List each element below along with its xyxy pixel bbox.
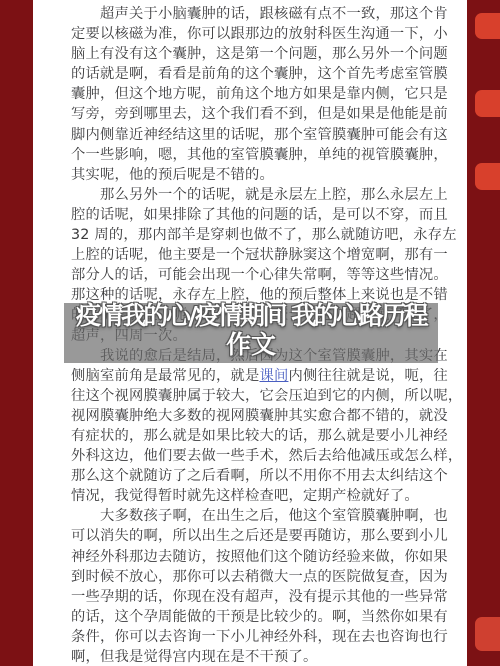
text-line: 囊肿，但这个地方呢，前角这个地方如果是靠内侧，它只是	[71, 84, 443, 104]
text-line: 一些孕期的话，你现在没有超声，没有提示其他的一些异常	[71, 587, 443, 607]
text-line: 其实呢，他的预后呢是不错的。	[71, 165, 443, 185]
text-line: 超声关于小脑囊肿的话，跟核磁有点不一致，那这个肯	[71, 4, 443, 24]
left-edge-bar	[0, 0, 33, 666]
text-line: 大多数孩子啊，在出生之后，他这个室管膜囊肿啊，也	[71, 506, 443, 526]
text-line: 神经外科那边去随访，按照他们这个随访经验来做，你如果	[71, 547, 443, 567]
text-line: 侧脑室前角是最常见的，就是课间内侧往往就是说，呃，往	[71, 366, 443, 386]
overlay-title: 疫情我的心/疫情期间 我的心路历程 作文	[58, 300, 444, 359]
text-line: 的话，这个孕周能做的干预是比较少的。啊，当然你如果有	[71, 607, 443, 627]
text-line: 脚内侧靠近神经结这里的话呢，那个室管膜囊肿可能会有这	[71, 125, 443, 145]
floating-tab-1[interactable]	[475, 13, 500, 39]
text-line: 的话就是啊，看看是前角的这个囊肿，这个首先考虑室管膜	[71, 64, 443, 84]
text-line: 那么另外一个的话呢，就是永层左上腔，那么永层左上	[71, 185, 443, 205]
text-line: 条件，你可以去咨询一下小儿神经外科，现在去也咨询也行	[71, 627, 443, 647]
text-line: 往这个视网膜囊肿属于较大，它会压迫到它的内侧，所以呢，	[71, 386, 443, 406]
text-line: 部分人的话，可能会出现一个心律失常啊，等等这些情况。	[71, 265, 443, 285]
overlay-title-line1: 疫情我的心/疫情期间 我的心路历程	[58, 300, 444, 331]
page: 超声关于小脑囊肿的话，跟核磁有点不一致，那这个肯定要以核磁为准，你可以跟那边的放…	[0, 0, 500, 666]
overlay-title-line2: 作文	[58, 331, 444, 359]
text-line: 情况，我觉得暂时就先这样检查吧，定期产检就好了。	[71, 486, 443, 506]
text-line: 腔的话呢，如果排除了其他的问题的话，是可以不穿，而且	[71, 205, 443, 225]
text-line: 视网膜囊肿绝大多数的视网膜囊肿其实愈合都不错的，就没	[71, 406, 443, 426]
text-line: 32 周的，那内部羊是穿刺也做不了，那么就随访吧，永存左	[71, 225, 443, 245]
text-line: 到时候不放心，那你可以去稍微大一点的医院做复查，因为	[71, 567, 443, 587]
floating-tab-2[interactable]	[475, 90, 500, 117]
text-line: 上腔的话呢，他主要是一个冠状静脉窦这个增宽啊，那有一	[71, 245, 443, 265]
inline-link[interactable]: 课间	[259, 368, 288, 384]
text-line: 外科这边，他们要去做一些手术，然后去给他减压或怎么样，	[71, 446, 443, 466]
text-line: 可以消失的啊，所以出生之后还是要再随访，那么要到小儿	[71, 526, 443, 546]
text-line: 啊，但我是觉得宫内现在是不干预了。	[71, 647, 443, 666]
text-line: 写旁，旁到哪里去，这个我们看不到，但是如果是他能是前	[71, 104, 443, 124]
text-line: 定要以核磁为准，你可以跟那边的放射科医生沟通一下，小	[71, 24, 443, 44]
floating-tab-3[interactable]	[475, 163, 500, 190]
text-line: 脑上有没有这个囊肿，这是第一个问题，那么另外一个问题	[71, 44, 443, 64]
text-line: 有症状的，那么就是如果比较大的话，那么就是要小儿神经	[71, 426, 443, 446]
floating-tab-4[interactable]	[475, 617, 500, 651]
text-line: 那么这个就随访了之后看啊，所以不用你不用去太纠结这个	[71, 466, 443, 486]
text-line: 个一些影响，嗯，其他的室管膜囊肿，单纯的视管膜囊肿，	[71, 145, 443, 165]
